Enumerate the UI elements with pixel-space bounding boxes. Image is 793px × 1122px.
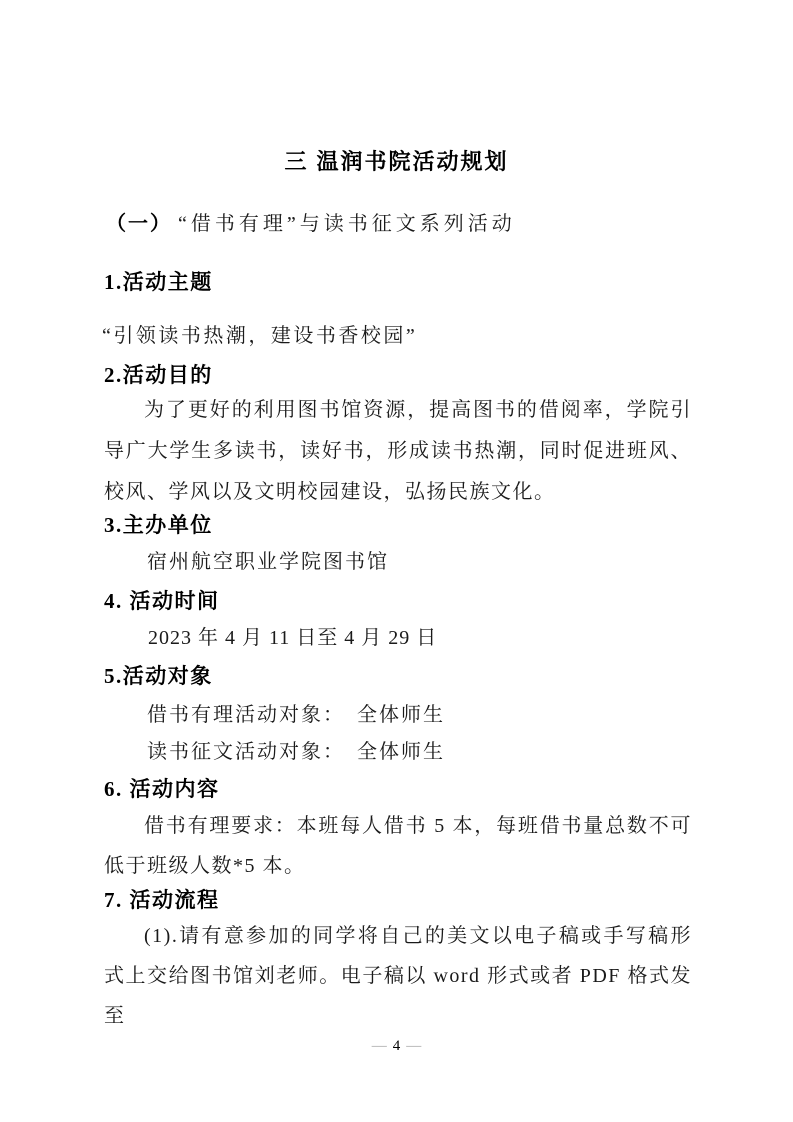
borrow-target-text: 借书有理活动对象： 全体师生 [147, 698, 445, 727]
page-footer: —4— [0, 1038, 793, 1055]
essay-target-text: 读书征文活动对象： 全体师生 [147, 735, 445, 764]
footer-page-number: 4 [393, 1038, 401, 1054]
footer-right-dash: — [406, 1038, 421, 1054]
section-heading-activity-content: 6. 活动内容 [104, 773, 220, 803]
subsection-heading: （一）“借书有理”与读书征文系列活动 [106, 207, 516, 236]
activity-purpose-paragraph: 为了更好的利用图书馆资源，提高图书的借阅率，学院引导广大学生多读书，读好书，形成… [104, 390, 692, 513]
activity-time-text: 2023 年 4 月 11 日至 4 月 29 日 [148, 621, 437, 650]
activity-content-paragraph: 借书有理要求：本班每人借书 5 本，每班借书量总数不可低于班级人数*5 本。 [104, 806, 692, 886]
subsection-title: “借书有理”与读书征文系列活动 [178, 213, 516, 235]
organizer-text: 宿州航空职业学院图书馆 [147, 545, 389, 574]
activity-theme-text: “引领读书热潮，建设书香校园” [102, 319, 417, 348]
section-heading-activity-purpose: 2.活动目的 [104, 359, 213, 389]
section-heading-organizer: 3.主办单位 [104, 509, 213, 539]
document-title: 三 温润书院活动规划 [0, 145, 793, 176]
section-heading-activity-target: 5.活动对象 [104, 660, 213, 690]
footer-left-dash: — [372, 1038, 387, 1054]
section-heading-activity-process: 7. 活动流程 [104, 884, 220, 914]
subsection-number: （一） [106, 213, 172, 235]
activity-process-paragraph: (1).请有意参加的同学将自己的美文以电子稿或手写稿形式上交给图书馆刘老师。电子… [104, 916, 692, 1036]
section-heading-activity-time: 4. 活动时间 [104, 585, 220, 615]
document-page: 三 温润书院活动规划 （一）“借书有理”与读书征文系列活动 1.活动主题 “引领… [0, 0, 793, 1122]
section-heading-activity-theme: 1.活动主题 [104, 266, 213, 296]
